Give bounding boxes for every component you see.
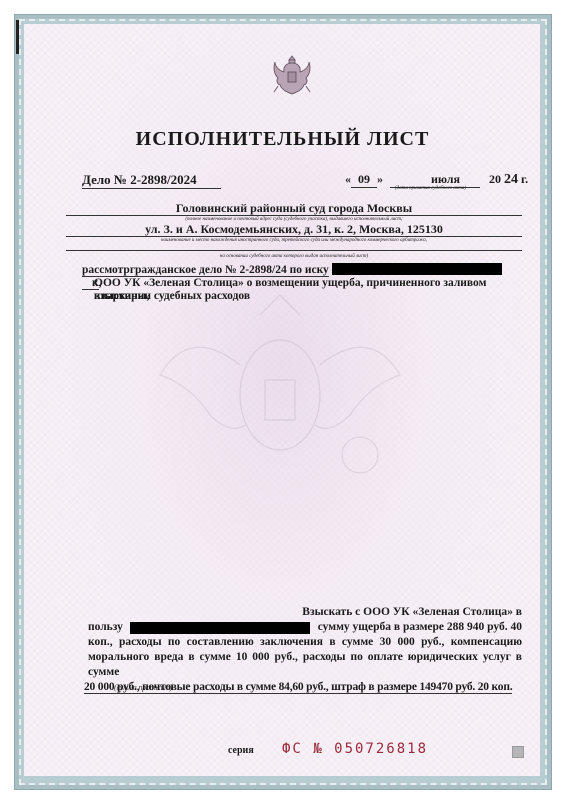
- date-year-suffix: 24: [504, 172, 518, 187]
- ruling-line-2-start: пользу: [88, 620, 123, 635]
- divider-line: [66, 250, 522, 251]
- case-number-text: Дело № 2-2898/2024: [82, 172, 221, 189]
- coat-of-arms-icon: [272, 52, 312, 98]
- court-address-caption: наименование и место нахождения иностран…: [66, 237, 522, 244]
- coat-of-arms-watermark-icon: [150, 285, 410, 505]
- redacted-plaintiff: [332, 263, 502, 275]
- court-basis-caption: на основании судебного акта которого выд…: [66, 253, 522, 260]
- sum-in-words-caption: (сумма прописью): [114, 680, 172, 695]
- ruling-line-4: морального вреда в сумме 10 000 руб., ра…: [88, 650, 522, 680]
- ruling-line-5: 20 000 руб., почтовые расходы в сумме 84…: [84, 680, 522, 695]
- scan-mark: [16, 20, 19, 54]
- court-address: ул. З. и А. Космодемьянских, д. 31, к. 2…: [66, 222, 522, 237]
- date-day: 09: [351, 172, 377, 188]
- considered-text-start: рассмотрграждaнское дело № 2-2898/24 по …: [82, 264, 329, 277]
- ruling-line-1: Взыскать с ООО УК «Зеленая Столица» в: [88, 605, 522, 620]
- date-quote-close: »: [377, 172, 383, 186]
- ruling-text: Взыскать с ООО УК «Зеленая Столица» в по…: [88, 605, 522, 695]
- date-year-prefix: 20: [489, 172, 501, 186]
- date-caption: (дата принятия судебного акта): [395, 186, 466, 191]
- ruling-line-3: коп., расходы по составлению заключения …: [88, 635, 522, 650]
- court-name: Головинский районный суд города Москвы: [66, 201, 522, 216]
- stamp-square: [512, 746, 524, 758]
- series-number: ФС № 050726818: [282, 741, 428, 757]
- ruling-line-2-end: сумму ущерба в размере 288 940 руб. 40: [318, 620, 522, 635]
- series-label: серия: [228, 745, 254, 756]
- considered-line-3: взыскании судебных расходов: [94, 290, 534, 303]
- date-year-unit: г.: [521, 172, 528, 186]
- ruling-line-2: пользу сумму ущерба в размере 288 940 ру…: [88, 620, 522, 635]
- redacted-recipient: [130, 622, 310, 634]
- document-title: ИСПОЛНИТЕЛЬНЫЙ ЛИСТ: [0, 128, 565, 151]
- case-number: Дело № 2-2898/2024: [82, 172, 221, 189]
